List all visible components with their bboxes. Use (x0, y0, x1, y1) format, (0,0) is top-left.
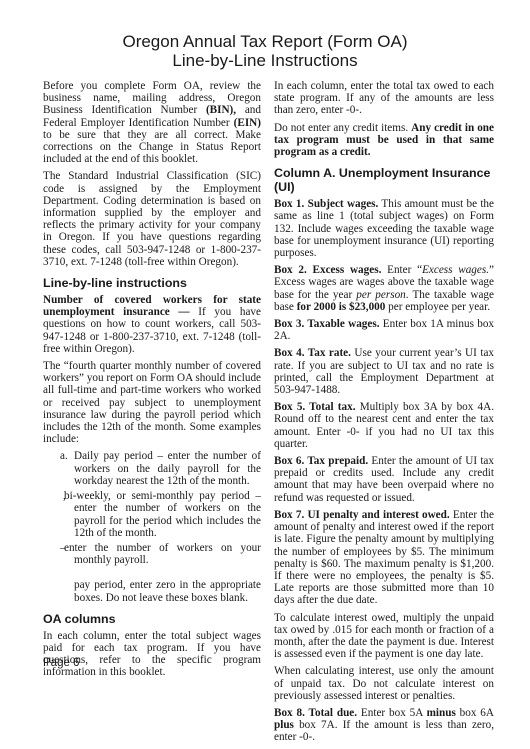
list-item: pay period, enter zero in the appropriat… (43, 579, 261, 603)
oa-columns-paragraph: In each column, enter the total subject … (43, 630, 261, 679)
box-7-paragraph: Box 7. UI penalty and interest owed. Ent… (274, 509, 494, 607)
interest-paragraph-2: When calculating interest, use only the … (274, 665, 494, 702)
box-1-paragraph: Box 1. Subject wages. This amount must b… (274, 198, 494, 259)
title-line-2: Line-by-Line Instructions (0, 51, 530, 70)
box-5-paragraph: Box 5. Total tax. Multiply box 3A by box… (274, 401, 494, 450)
list-item: ,bi-weekly, or semi-monthly pay period –… (43, 490, 261, 539)
intro-paragraph: Before you complete Form OA, review the … (43, 80, 261, 165)
box-6-paragraph: Box 6. Tax prepaid. Enter the amount of … (274, 455, 494, 504)
fourth-quarter-paragraph: The “fourth quarter monthly number of co… (43, 360, 261, 445)
box-8-paragraph: Box 8. Total due. Enter box 5A minus box… (274, 707, 494, 744)
sic-paragraph: The Standard Industrial Classification (… (43, 170, 261, 268)
page-number: Page 6 (43, 657, 79, 669)
credit-paragraph: Do not enter any credit items. Any credi… (274, 122, 494, 159)
title-line-1: Oregon Annual Tax Report (Form OA) (0, 32, 530, 51)
list-item: a.Daily pay period – enter the number of… (43, 450, 261, 487)
oa-columns-heading: OA columns (43, 612, 261, 626)
examples-list: a.Daily pay period – enter the number of… (43, 450, 261, 603)
interest-paragraph-1: To calculate interest owed, multiply the… (274, 612, 494, 661)
box-2-paragraph: Box 2. Excess wages. Enter “Excess wages… (274, 264, 494, 313)
covered-workers-paragraph: Number of covered workers for state unem… (43, 294, 261, 355)
document-title: Oregon Annual Tax Report (Form OA) Line-… (0, 32, 530, 70)
column-a-heading: Column A. Unemployment Insurance (UI) (274, 166, 494, 194)
box-4-paragraph: Box 4. Tax rate. Use your current year’s… (274, 347, 494, 396)
tax-owed-paragraph: In each column, enter the total tax owed… (274, 80, 494, 117)
box-3-paragraph: Box 3. Taxable wages. Enter box 1A minus… (274, 318, 494, 342)
left-column: Before you complete Form OA, review the … (43, 80, 261, 684)
list-item: –enter the number of workers on your mon… (43, 542, 261, 566)
line-by-line-heading: Line-by-line instructions (43, 276, 261, 290)
right-column: In each column, enter the total tax owed… (274, 80, 494, 749)
